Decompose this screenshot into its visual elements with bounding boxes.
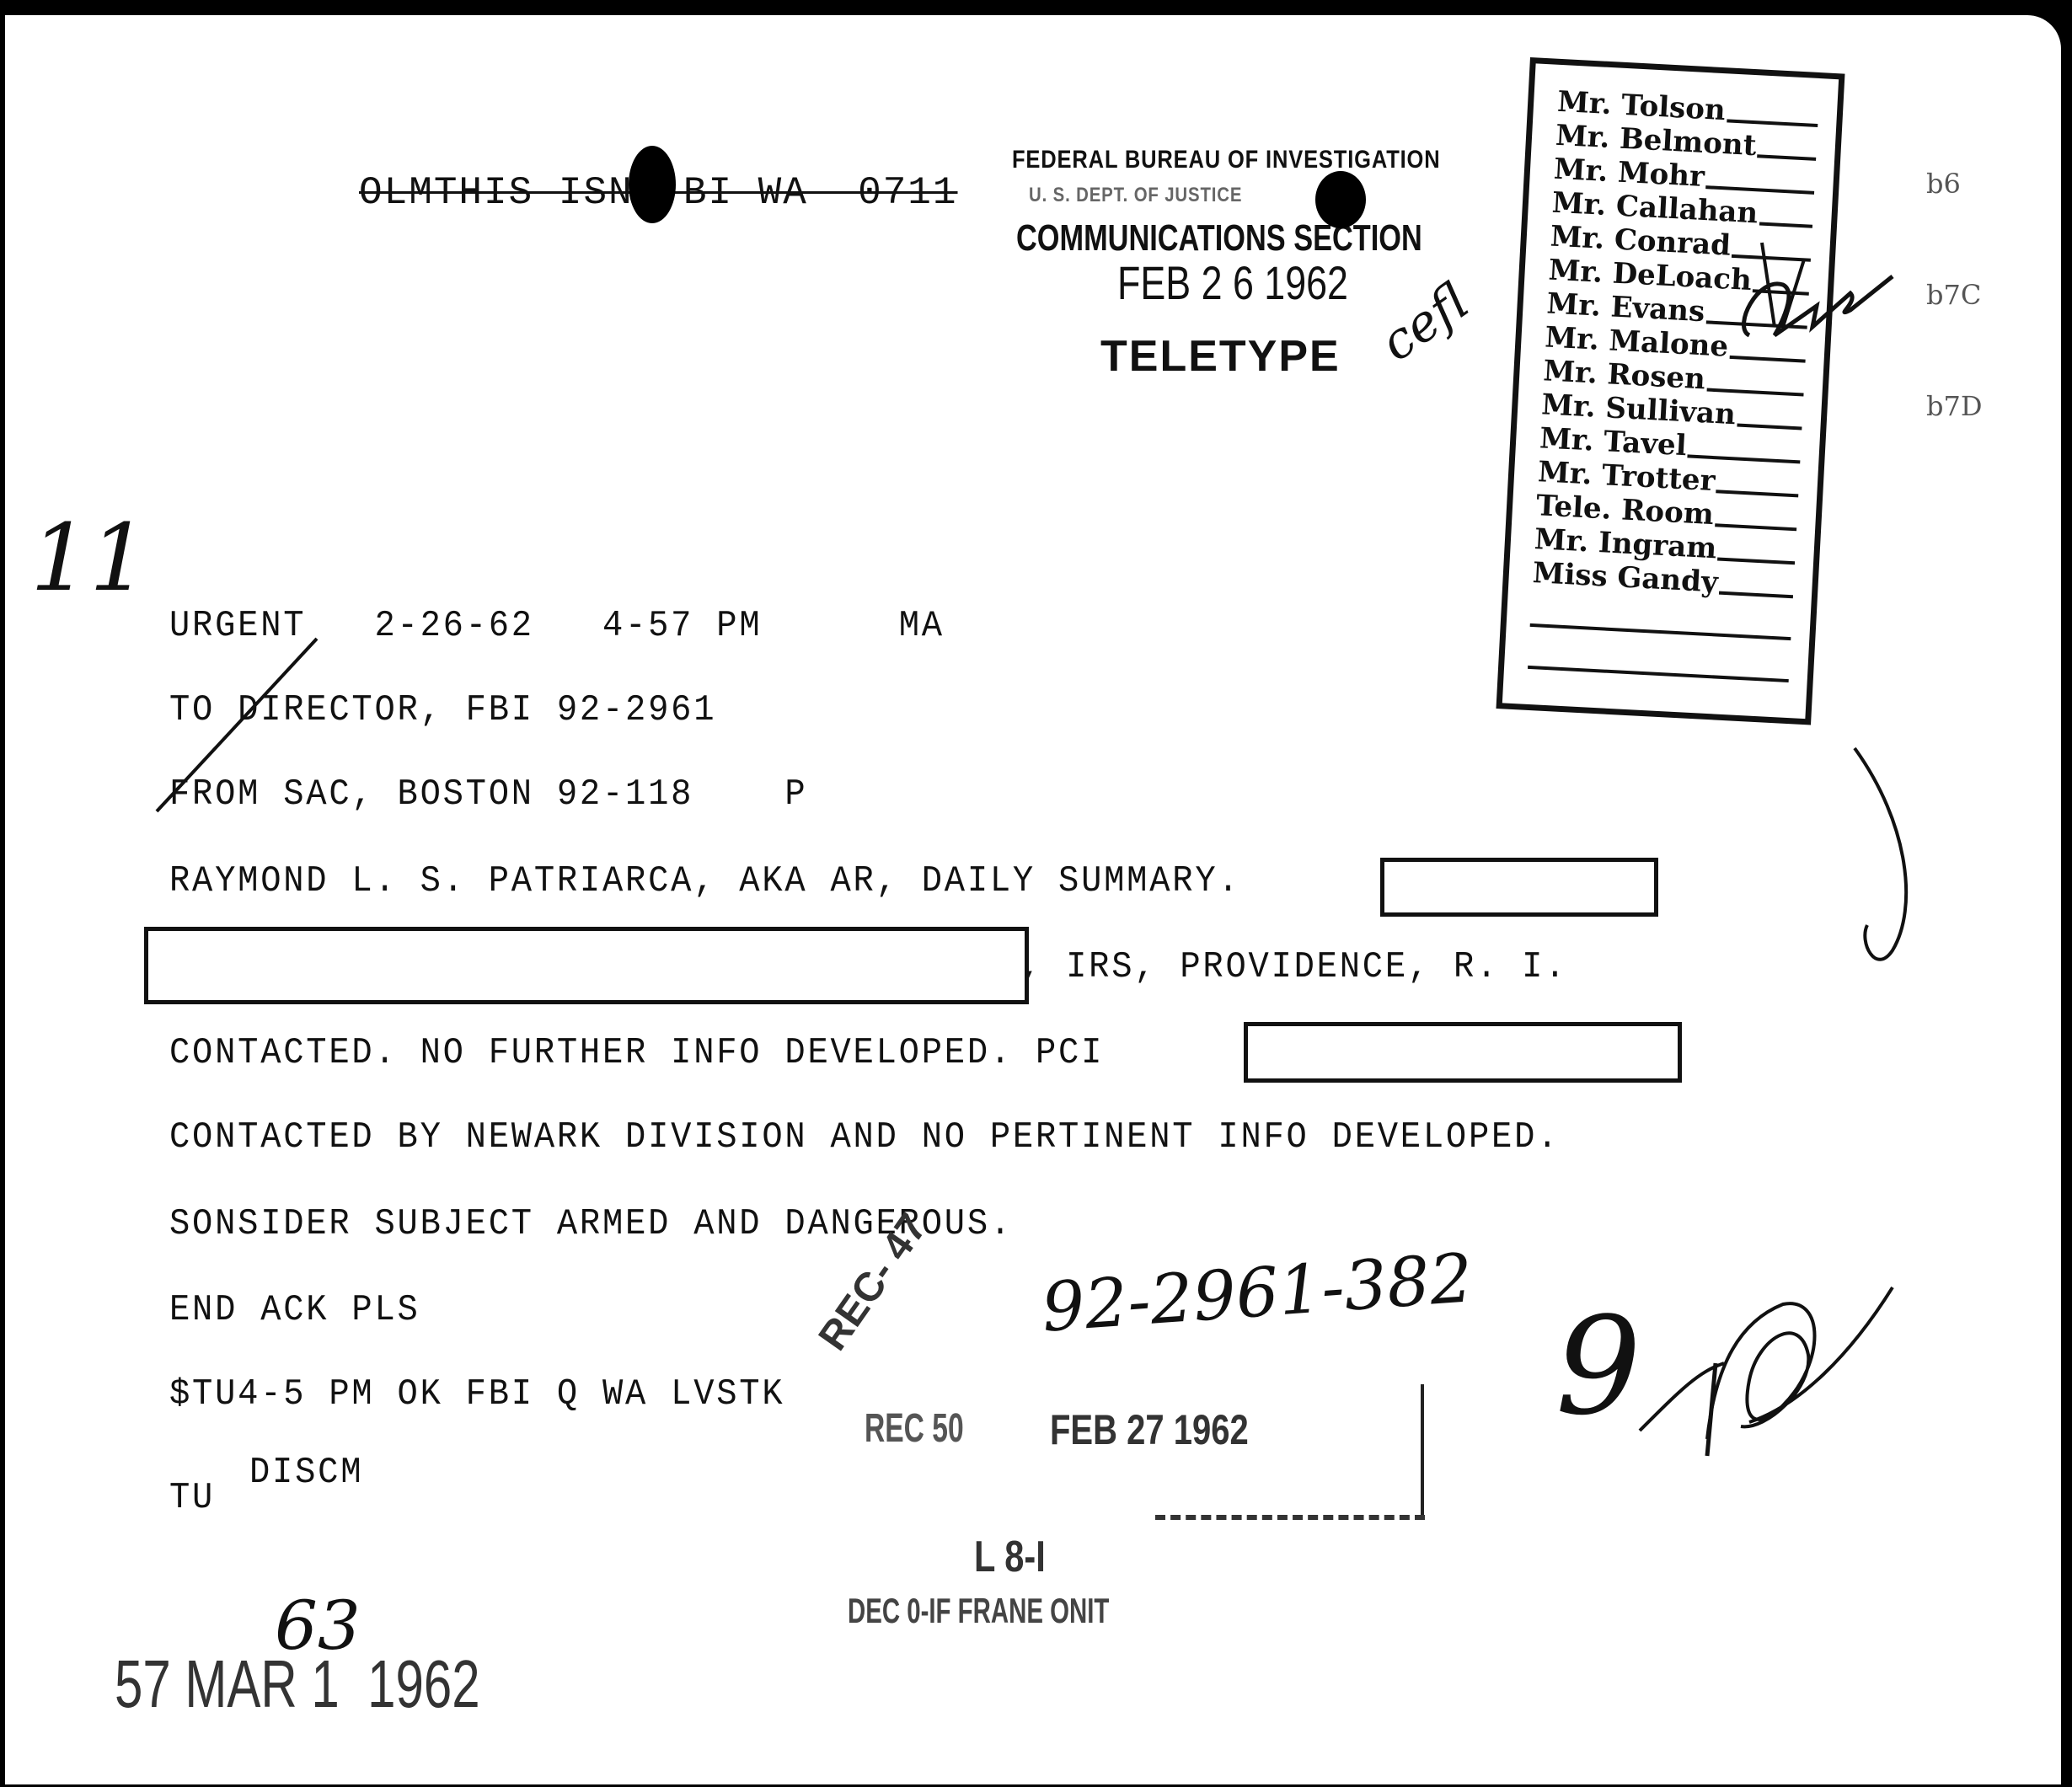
message-line-irs: , IRS, PROVIDENCE, R. I.	[1020, 946, 1567, 988]
filed-stamp: DEC 0-IF FRANE ONIT	[848, 1591, 1109, 1631]
foia-code: b6	[1926, 165, 1983, 202]
routing-slip-line	[1717, 557, 1795, 564]
message-line-discm: DISCM	[249, 1452, 363, 1494]
routing-slip-line	[1706, 388, 1804, 396]
teletype-document: OLMTHIS ISN BI WA 0711 FEDERAL BUREAU OF…	[5, 15, 2061, 1784]
handwritten-signature	[1631, 1262, 1901, 1481]
stamp-box-edge	[1421, 1384, 1424, 1519]
routing-slip-line	[1715, 523, 1796, 531]
redaction-box	[144, 927, 1029, 1004]
filed-code-stamp: L 8-I	[974, 1532, 1046, 1582]
indexed-prefix: REC 50	[865, 1405, 964, 1452]
routing-slip-line	[1716, 490, 1799, 497]
handwritten-bracket	[1842, 740, 1960, 1009]
handwritten-slash	[148, 630, 334, 824]
punch-hole-mark	[1315, 171, 1366, 228]
message-line-tu: TU	[169, 1477, 215, 1519]
message-time: 4-57 PM	[602, 605, 762, 647]
routing-slip-blank-line	[1528, 632, 1791, 682]
stamp-section: COMMUNICATIONS SECTION	[1016, 217, 1422, 259]
foia-code: b7C	[1926, 276, 1983, 313]
stamp-date: FEB 2 6 1962	[1117, 255, 1348, 310]
routing-slip-line	[1688, 454, 1801, 463]
routing-slip-signature	[1724, 226, 1926, 361]
message-date: 2-26-62	[374, 605, 533, 647]
stamp-box-edge	[1155, 1515, 1425, 1525]
routing-slip: Mr. TolsonMr. BelmontMr. MohrMr. Callaha…	[1496, 57, 1844, 725]
indexed-stamp-date: FEB 27 1962	[1050, 1405, 1249, 1454]
routing-slip-line	[1727, 119, 1818, 127]
routing-slip-line	[1719, 591, 1793, 599]
punch-hole-mark	[629, 146, 676, 223]
redaction-box	[1380, 858, 1658, 917]
routing-slip-line	[1705, 185, 1814, 195]
message-line-end: END ACK PLS	[169, 1289, 420, 1331]
foia-code: b7D	[1926, 388, 1983, 425]
message-line-newark: CONTACTED BY NEWARK DIVISION AND NO PERT…	[169, 1116, 1560, 1158]
stamp-dept: U. S. DEPT. OF JUSTICE	[1029, 184, 1242, 207]
received-stamp: 57 MAR 1 1962	[115, 1645, 480, 1723]
handwritten-initials: cefl	[1370, 272, 1480, 373]
routing-slip-line	[1758, 154, 1817, 161]
margin-handwritten-mark: 11	[30, 504, 148, 612]
message-line-subject: RAYMOND L. S. PATRIARCA, AKA AR, DAILY S…	[169, 860, 1240, 902]
handwritten-file-number: 92-2961-382	[1039, 1239, 1475, 1346]
handwritten-digit: 9	[1555, 1287, 1641, 1445]
routing-slip-line	[1737, 423, 1802, 430]
stamp-teletype: TELETYPE	[1100, 331, 1341, 382]
foia-exemption-codes: b6 b7C b7D	[1926, 91, 1983, 499]
message-line-contacted: CONTACTED. NO FURTHER INFO DEVELOPED. PC…	[169, 1032, 1104, 1074]
message-code: MA	[899, 605, 945, 647]
message-line-ack: $TU4-5 PM OK FBI Q WA LVSTK	[169, 1373, 784, 1415]
redaction-box	[1244, 1022, 1682, 1083]
stamp-agency: FEDERAL BUREAU OF INVESTIGATION	[1012, 146, 1441, 174]
